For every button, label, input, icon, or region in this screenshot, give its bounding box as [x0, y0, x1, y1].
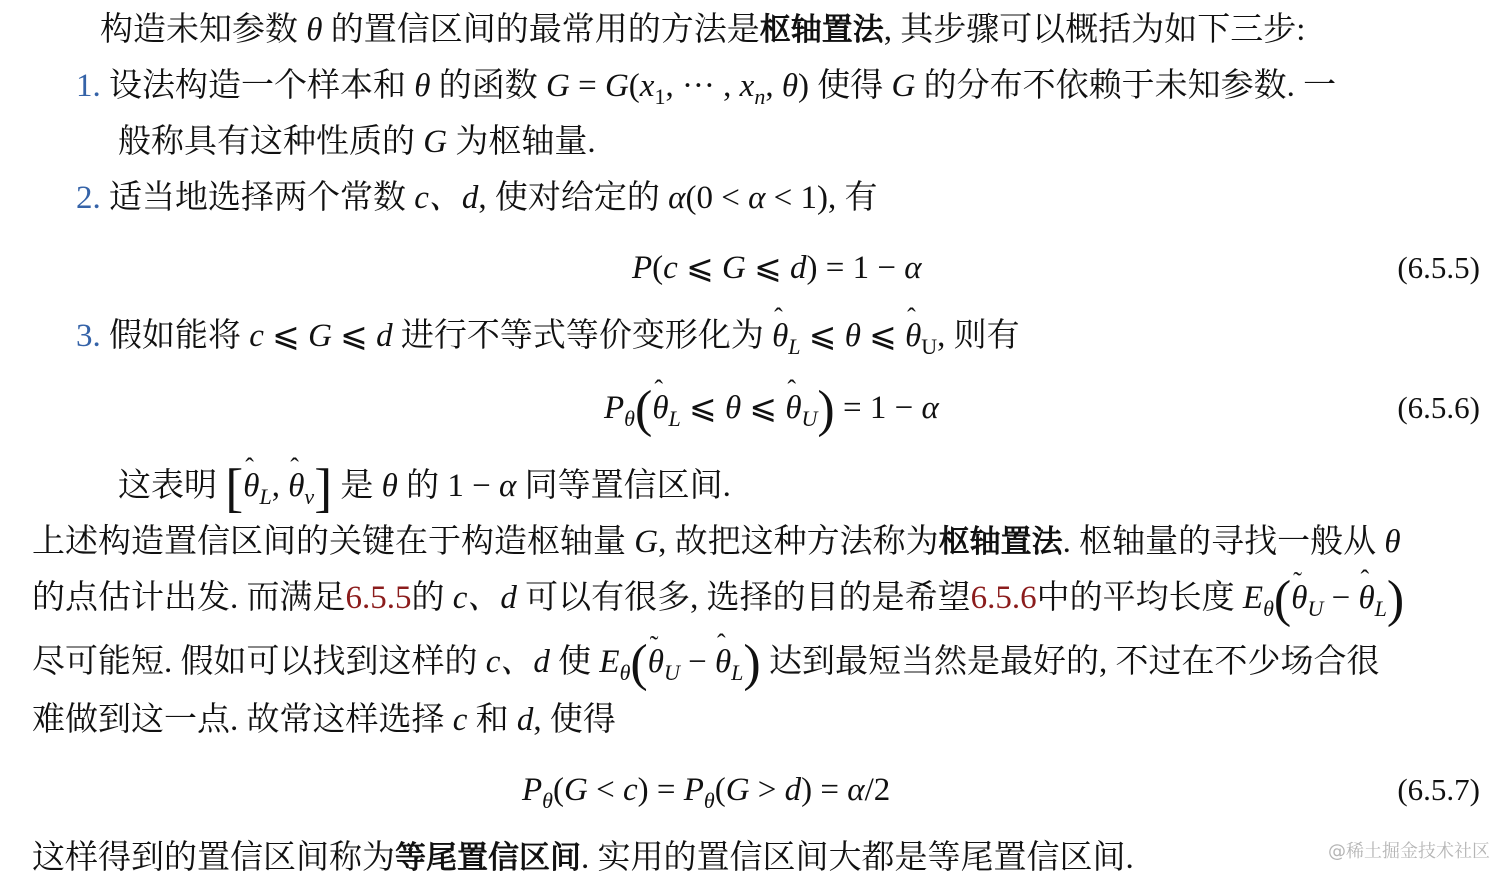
- text: . 枢轴量的寻找一般从: [1063, 524, 1377, 560]
- text: 为枢轴量.: [455, 124, 595, 160]
- math-theta: θ: [382, 468, 398, 504]
- text: 般称具有这种性质的: [118, 124, 415, 160]
- text: , 故把这种方法称为: [658, 524, 939, 560]
- text: 这表明: [118, 468, 217, 504]
- bold-term: 枢轴置法: [939, 524, 1063, 560]
- bold-term: 等尾置信区间: [395, 840, 581, 876]
- math-theta: θ: [1384, 524, 1400, 560]
- equation-6-5-7: Pθ(G < c) = Pθ(G > d) = α/2: [522, 768, 890, 823]
- text: 的: [412, 580, 445, 616]
- bold-term: 枢轴置法: [760, 12, 884, 48]
- equation-number: (6.5.6): [1397, 386, 1480, 430]
- para-line-1: 上述构造置信区间的关键在于构造枢轴量 G, 故把这种方法称为枢轴置法. 枢轴量的…: [32, 520, 1401, 564]
- text: , 有: [828, 180, 878, 216]
- math-expectation: Eθ(θU − θL): [1243, 580, 1404, 616]
- step-3: 3. 假如能将 c ⩽ G ⩽ d 进行不等式等价变形化为 θL ⩽ θ ⩽ θ…: [76, 314, 1020, 369]
- math-cd: c、d: [486, 644, 550, 680]
- text: , 则有: [937, 318, 1020, 354]
- text: , 使对给定的: [478, 180, 660, 216]
- text: , 其步骤可以概括为如下三步:: [884, 12, 1306, 48]
- watermark: @稀土掘金技术社区: [1328, 837, 1490, 863]
- text: 使得: [817, 68, 883, 104]
- equation-ref-link[interactable]: 6.5.5: [346, 580, 412, 616]
- text: 的置信区间的最常用的方法是: [331, 12, 760, 48]
- math-expectation: Eθ(θU − θL): [599, 644, 760, 680]
- text: 尽可能短. 假如可以找到这样的: [32, 644, 478, 680]
- para-line-3: 尽可能短. 假如可以找到这样的 c、d 使 Eθ(θU − θL) 达到最短当然…: [32, 640, 1380, 695]
- math-result: θL ⩽ θ ⩽ θU: [772, 318, 937, 354]
- text: 的函数: [439, 68, 538, 104]
- conclusion-line: 这表明 [θL, θv] 是 θ 的 1 − α 同等置信区间.: [118, 464, 731, 519]
- list-number: 3.: [76, 318, 101, 354]
- text: 达到最短当然是最好的, 不过在不少场合很: [769, 644, 1380, 680]
- step-2: 2. 适当地选择两个常数 c、d, 使对给定的 α(0 < α < 1), 有: [76, 176, 878, 220]
- list-number: 1.: [76, 68, 101, 104]
- text: 是: [340, 468, 373, 504]
- text: 进行不等式等价变形化为: [401, 318, 764, 354]
- math-theta: θ: [414, 68, 430, 104]
- math-interval: [θL, θv]: [225, 468, 332, 504]
- intro-line: 构造未知参数 θ 的置信区间的最常用的方法是枢轴置法, 其步骤可以概括为如下三步…: [100, 8, 1305, 52]
- para-line-4: 难做到这一点. 故常这样选择 c 和 d, 使得: [32, 698, 616, 742]
- text: 构造未知参数: [100, 12, 298, 48]
- math-theta: θ: [306, 12, 322, 48]
- math-formula: G = G(x1, ··· , xn, θ): [546, 68, 809, 104]
- text: 设法构造一个样本和: [109, 68, 406, 104]
- equation-ref-link[interactable]: 6.5.6: [971, 580, 1037, 616]
- list-number: 2.: [76, 180, 101, 216]
- math-condition: α(0 < α < 1): [668, 180, 828, 216]
- text: 的: [406, 468, 439, 504]
- math-G: G: [423, 124, 447, 160]
- text: 的点估计出发. 而满足: [32, 580, 346, 616]
- math-ineq: c ⩽ G ⩽ d: [249, 318, 392, 354]
- text: 适当地选择两个常数: [109, 180, 406, 216]
- text: 和: [476, 702, 509, 738]
- text: 的分布不依赖于未知参数. 一: [924, 68, 1337, 104]
- equation-number: (6.5.5): [1397, 246, 1480, 290]
- math-d: d: [517, 702, 534, 738]
- text: 使: [558, 644, 591, 680]
- step-1-cont: 般称具有这种性质的 G 为枢轴量.: [118, 120, 596, 164]
- text: . 实用的置信区间大都是等尾置信区间.: [581, 840, 1134, 876]
- text: 这样得到的置信区间称为: [32, 840, 395, 876]
- step-1: 1. 设法构造一个样本和 θ 的函数 G = G(x1, ··· , xn, θ…: [76, 64, 1336, 119]
- math-G: G: [892, 68, 916, 104]
- math-level: 1 − α: [447, 468, 516, 504]
- math-G: G: [634, 524, 658, 560]
- text: 可以有很多, 选择的目的是希望: [525, 580, 971, 616]
- final-line: 这样得到的置信区间称为等尾置信区间. 实用的置信区间大都是等尾置信区间.: [32, 836, 1134, 880]
- text: 假如能将: [109, 318, 241, 354]
- math-c: c: [453, 702, 468, 738]
- equation-number: (6.5.7): [1397, 768, 1480, 812]
- text: 上述构造置信区间的关键在于构造枢轴量: [32, 524, 626, 560]
- math-cd: c、d: [414, 180, 478, 216]
- equation-6-5-6: Pθ(θL ⩽ θ ⩽ θU) = 1 − α: [604, 386, 939, 441]
- text: 难做到这一点. 故常这样选择: [32, 702, 445, 738]
- text: , 使得: [533, 702, 616, 738]
- text: 中的平均长度: [1037, 580, 1235, 616]
- math-cd: c、d: [453, 580, 517, 616]
- text: 同等置信区间.: [525, 468, 731, 504]
- equation-6-5-5: P(c ⩽ G ⩽ d) = 1 − α: [632, 246, 922, 290]
